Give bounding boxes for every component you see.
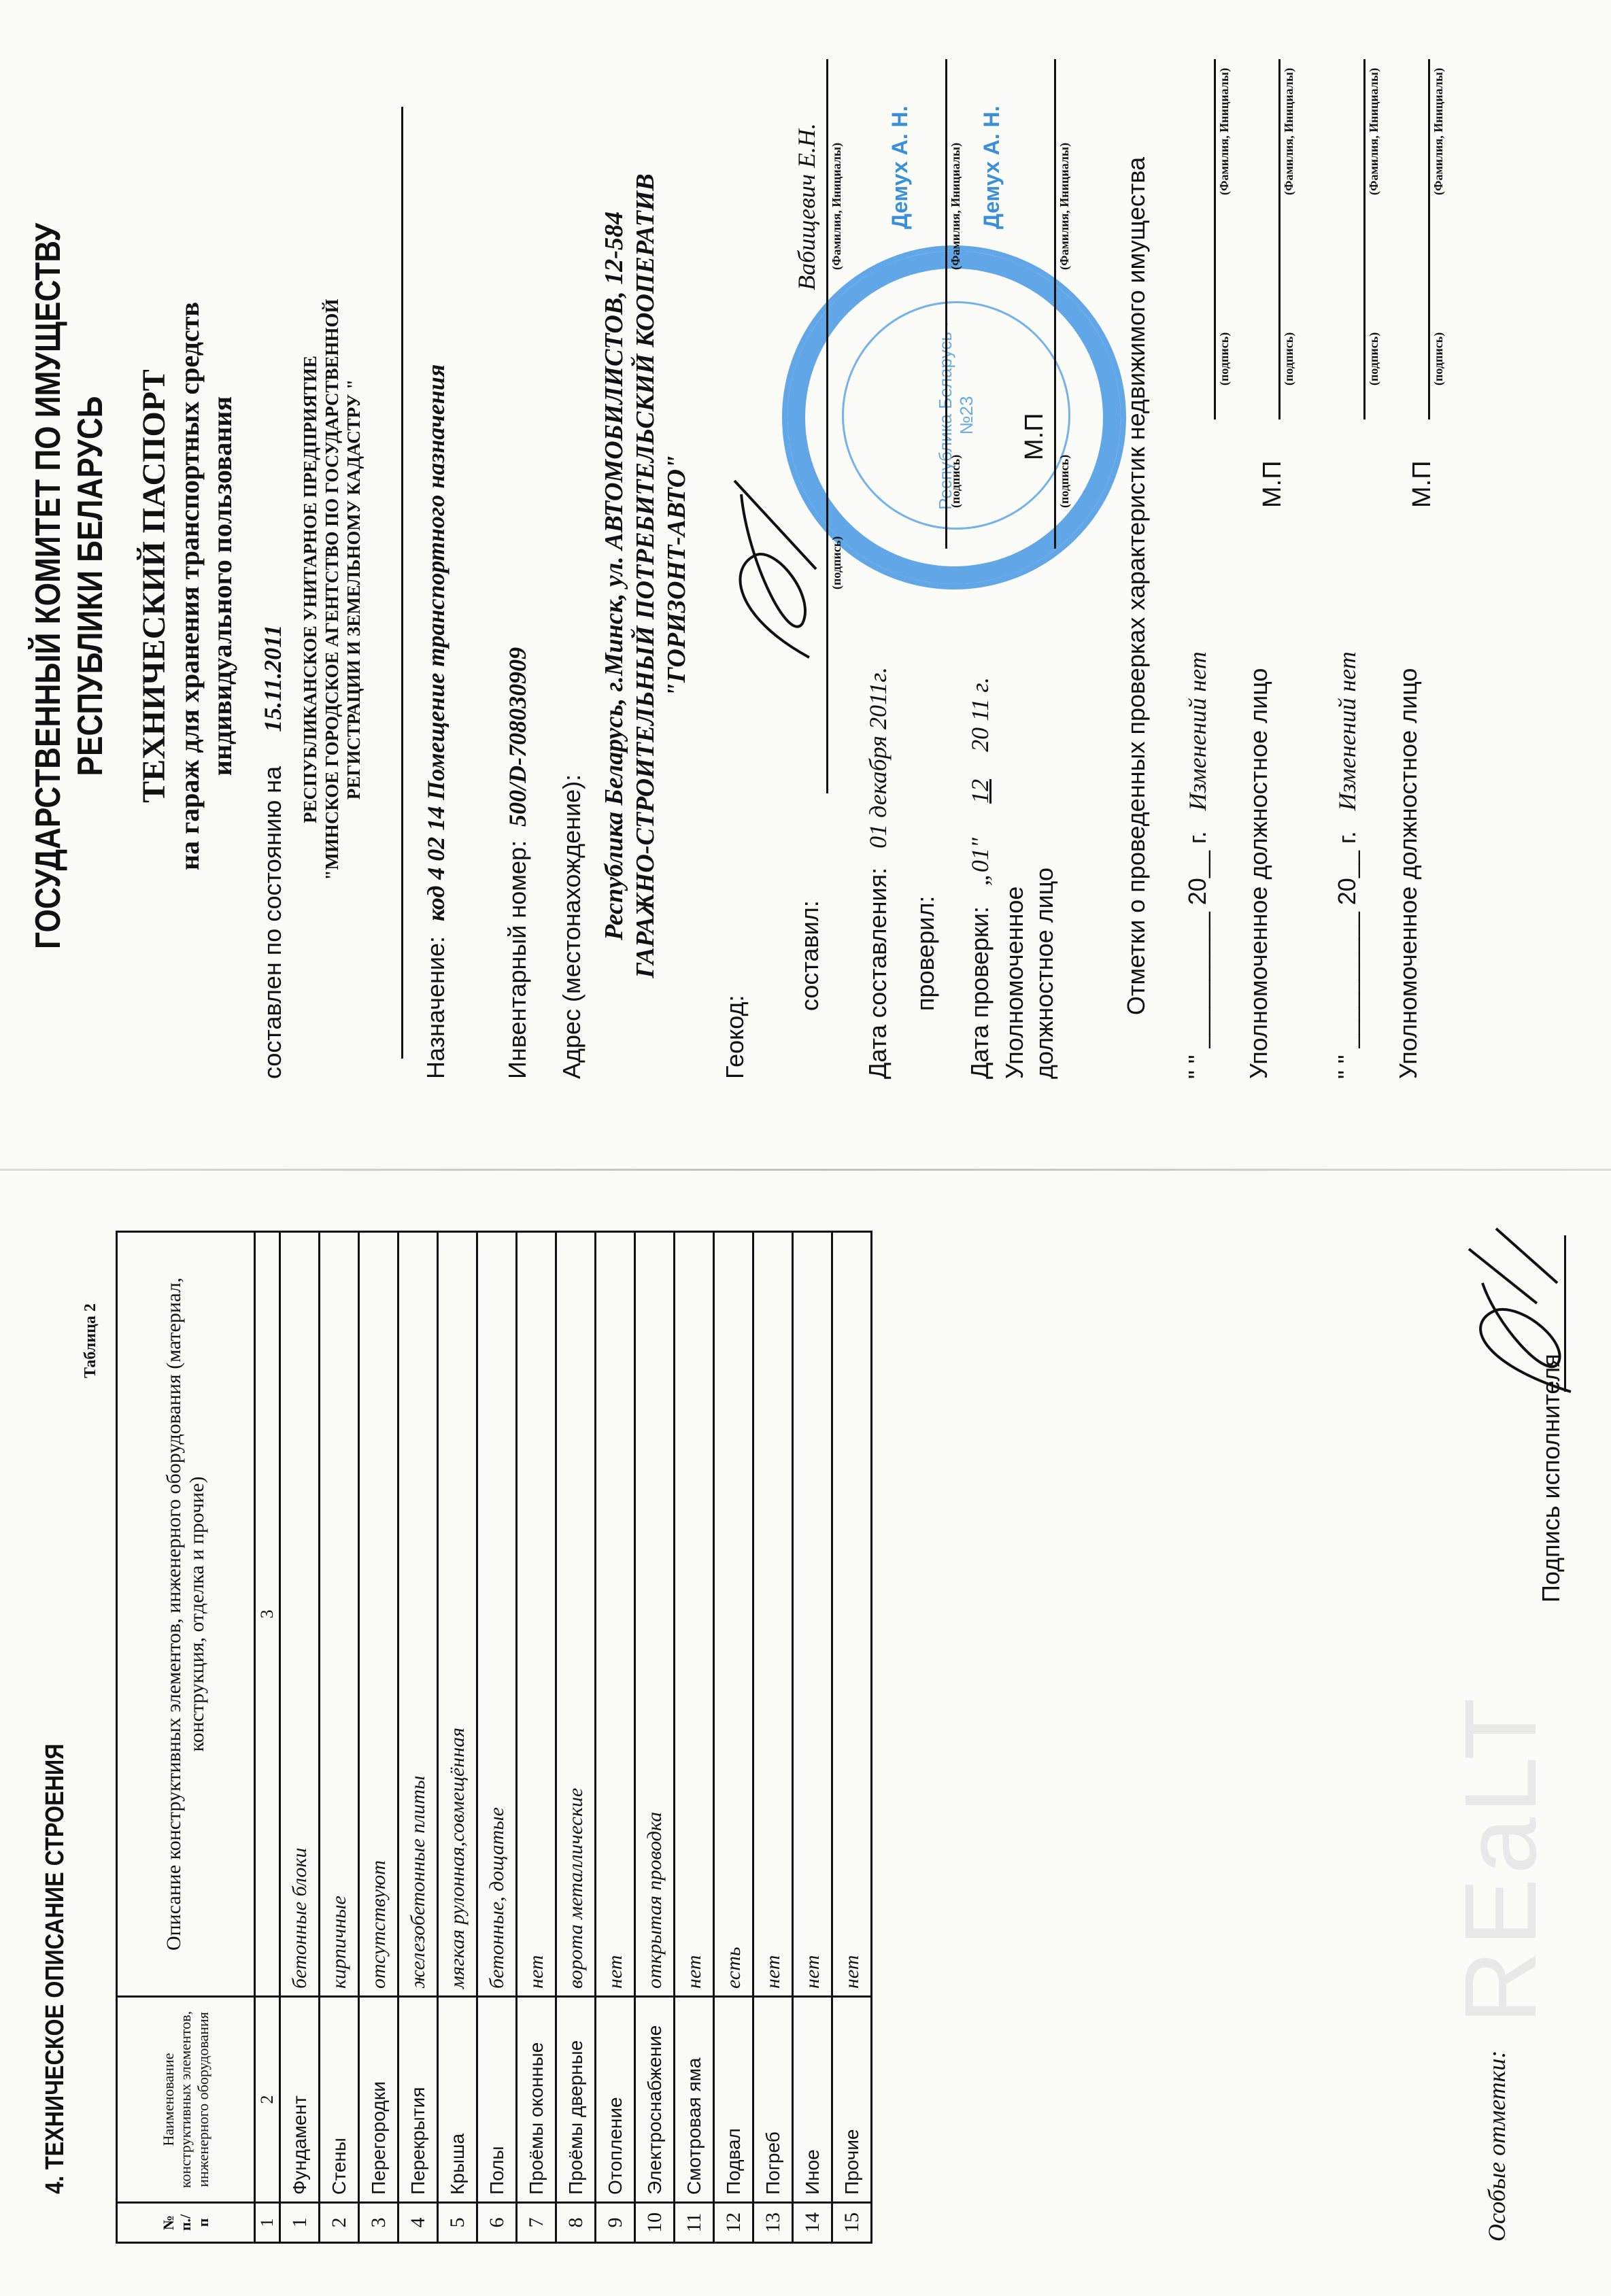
element-name: Перекрытия <box>398 1997 438 2203</box>
row-number: 10 <box>635 2203 675 2243</box>
row-number: 9 <box>596 2203 635 2243</box>
element-name: Отопление <box>596 1997 635 2203</box>
row-number: 8 <box>556 2203 596 2243</box>
table-row: 8Проёмы дверныеворота металлические <box>556 1232 596 2243</box>
checked-by-label: проверил: <box>911 896 940 1011</box>
table-label: Таблица 2 <box>82 1303 100 1378</box>
check-date-row: Дата проверки: „01" 12 20 11 г. <box>966 677 994 1079</box>
column-number: 2 <box>255 1997 280 2203</box>
compiled-by-name: Вабищевич Е.Н. <box>792 123 821 290</box>
header-description: Описание конструктивных элементов, инжен… <box>117 1232 255 1997</box>
stamp-place-label: М.П <box>1020 413 1049 460</box>
title-page: ГОСУДАРСТВЕННЫЙ КОМИТЕТ ПО ИМУЩЕСТВУ РЕС… <box>0 0 1611 1147</box>
element-description: есть <box>714 1232 753 1997</box>
row-number: 5 <box>438 2203 477 2243</box>
row-number: 13 <box>753 2203 793 2243</box>
element-description: нет <box>793 1232 832 1997</box>
element-name: Погреб <box>753 1997 793 2203</box>
row-number: 15 <box>832 2203 872 2243</box>
element-description: бетонные блоки <box>280 1232 320 1997</box>
compiled-by-line <box>826 59 828 793</box>
element-description: ворота металлические <box>556 1232 596 1997</box>
element-description: бетонные, дощатые <box>477 1232 517 1997</box>
element-name: Проёмы оконные <box>517 1997 556 2203</box>
header-name: Наименование конструктивных элементов, и… <box>117 1997 255 2203</box>
check-2-date: " " __________ 20__ г. Изменений нет <box>1333 651 1361 1079</box>
table-row: 1Фундаментбетонные блоки <box>280 1232 320 2243</box>
compiler-signature-icon <box>721 467 823 671</box>
compiled-by-label: составил: <box>796 900 824 1011</box>
page-fold <box>0 1169 1611 1171</box>
check-1-date: " " __________ 20__ г. Изменений нет <box>1183 651 1212 1079</box>
technical-description-page: 4. ТЕХНИЧЕСКОЕ ОПИСАНИЕ СТРОЕНИЯ Таблица… <box>0 1174 1611 2296</box>
compile-date: 01 декабря 2011г. <box>864 667 892 849</box>
column-number: 3 <box>255 1232 280 1997</box>
element-description: железобетонные плиты <box>398 1232 438 1997</box>
table-row: 15Прочиенет <box>832 1232 872 2243</box>
element-name: Подвал <box>714 1997 753 2203</box>
watermark-logo: REaLT <box>1442 1694 1559 2024</box>
document-subtitle: на гараж для хранения транспортных средс… <box>173 25 239 1147</box>
element-description: нет <box>675 1232 714 1997</box>
executor-signature-icon <box>1455 1215 1591 1405</box>
construction-elements-table: № п./п Наименование конструктивных элеме… <box>116 1231 872 2244</box>
table-row: 13Погребнет <box>753 1232 793 2243</box>
geocode-label: Геокод: <box>721 995 749 1079</box>
table-row: 5Крышамягкая рулонная,совмещённая <box>438 1232 477 2243</box>
purpose-row: Назначение: код 4 02 14 Помещение трансп… <box>422 364 450 1079</box>
row-number: 14 <box>793 2203 832 2243</box>
element-name: Проёмы дверные <box>556 1997 596 2203</box>
row-number: 3 <box>359 2203 398 2243</box>
checks-heading: Отметки о проведенных проверках характер… <box>1122 25 1151 1147</box>
element-description: мягкая рулонная,совмещённая <box>438 1232 477 1997</box>
element-description: нет <box>596 1232 635 1997</box>
check-date-year: 20 11 г. <box>966 677 994 752</box>
authorized-official-label: Уполномоченное должностное лицо <box>1000 868 1059 1079</box>
row-number: 2 <box>320 2203 359 2243</box>
inventory-row: Инвентарный номер: 500/D-708030909 <box>503 647 532 1079</box>
row-number: 12 <box>714 2203 753 2243</box>
check-2-official-line <box>1428 59 1430 419</box>
check-1-official-line <box>1278 59 1281 419</box>
check-date-month: 12 <box>966 779 994 804</box>
row-number: 7 <box>517 2203 556 2243</box>
as-of-date: 15.11.2011 <box>259 625 286 732</box>
row-number: 4 <box>398 2203 438 2243</box>
official-name: Демух А. Н. <box>979 105 1004 229</box>
table-row: 2Стеныкирпичные <box>320 1232 359 2243</box>
table-row: 4Перекрытияжелезобетонные плиты <box>398 1232 438 2243</box>
element-name: Электроснабжение <box>635 1997 675 2203</box>
element-name: Крыша <box>438 1997 477 2203</box>
check-2-line <box>1363 59 1366 419</box>
as-of-label: составлен по состоянию на <box>258 766 286 1079</box>
table-row: 9Отоплениенет <box>596 1232 635 2243</box>
document-title: ТЕХНИЧЕСКИЙ ПАСПОРТ <box>136 25 173 1147</box>
header-num: № п./п <box>117 2203 255 2243</box>
purpose-value: код 4 02 14 Помещение транспортного назн… <box>422 364 450 921</box>
checked-by-line <box>945 59 947 549</box>
element-description: отсутствуют <box>359 1232 398 1997</box>
as-of-row: составлен по состоянию на 15.11.2011 <box>258 625 287 1079</box>
checked-by-name: Демух А. Н. <box>887 105 913 229</box>
table-row: 7Проёмы оконныенет <box>517 1232 556 2243</box>
compile-date-row: Дата составления: 01 декабря 2011г. <box>864 667 892 1079</box>
table-row: 12Подвалесть <box>714 1232 753 2243</box>
address-value: Республика Беларусь, г.Минск, ул. АВТОМО… <box>598 100 692 1052</box>
scanned-document: 4. ТЕХНИЧЕСКОЕ ОПИСАНИЕ СТРОЕНИЯ Таблица… <box>0 0 1611 2296</box>
row-number: 6 <box>477 2203 517 2243</box>
table-row: 10Электроснабжениеоткрытая проводка <box>635 1232 675 2243</box>
official-line <box>1054 59 1056 549</box>
element-name: Стены <box>320 1997 359 2203</box>
authority-heading: ГОСУДАРСТВЕННЫЙ КОМИТЕТ ПО ИМУЩЕСТВУ РЕС… <box>27 109 112 1063</box>
element-name: Фундамент <box>280 1997 320 2203</box>
element-description: нет <box>517 1232 556 1997</box>
table-row: 11Смотровая яманет <box>675 1232 714 2243</box>
row-number: 1 <box>280 2203 320 2243</box>
check-1-line <box>1214 59 1216 419</box>
section-title: 4. ТЕХНИЧЕСКОЕ ОПИСАНИЕ СТРОЕНИЯ <box>41 1744 70 2194</box>
check-date-day: 01 <box>966 848 994 872</box>
row-number: 11 <box>675 2203 714 2243</box>
element-name: Полы <box>477 1997 517 2203</box>
table-row: 6Полыбетонные, дощатые <box>477 1232 517 2243</box>
element-name: Перегородки <box>359 1997 398 2203</box>
inventory-number: 500/D-708030909 <box>504 647 531 827</box>
element-name: Прочие <box>832 1997 872 2203</box>
element-name: Иное <box>793 1997 832 2203</box>
element-description: нет <box>832 1232 872 1997</box>
element-description: нет <box>753 1232 793 1997</box>
table-row: 14Иноенет <box>793 1232 832 2243</box>
address-label: Адрес (местонахождение): <box>558 774 586 1079</box>
table-row: 3Перегородкиотсутствуют <box>359 1232 398 2243</box>
column-number: 1 <box>255 2203 280 2243</box>
element-description: открытая проводка <box>635 1232 675 1997</box>
organization-underline <box>401 107 403 1059</box>
element-name: Смотровая яма <box>675 1997 714 2203</box>
special-notes-label: Особые отметки: <box>1482 2051 1511 2242</box>
organization-name: РЕСПУБЛИКАНСКОЕ УНИТАРНОЕ ПРЕДПРИЯТИЕ "М… <box>299 114 364 1065</box>
element-description: кирпичные <box>320 1232 359 1997</box>
